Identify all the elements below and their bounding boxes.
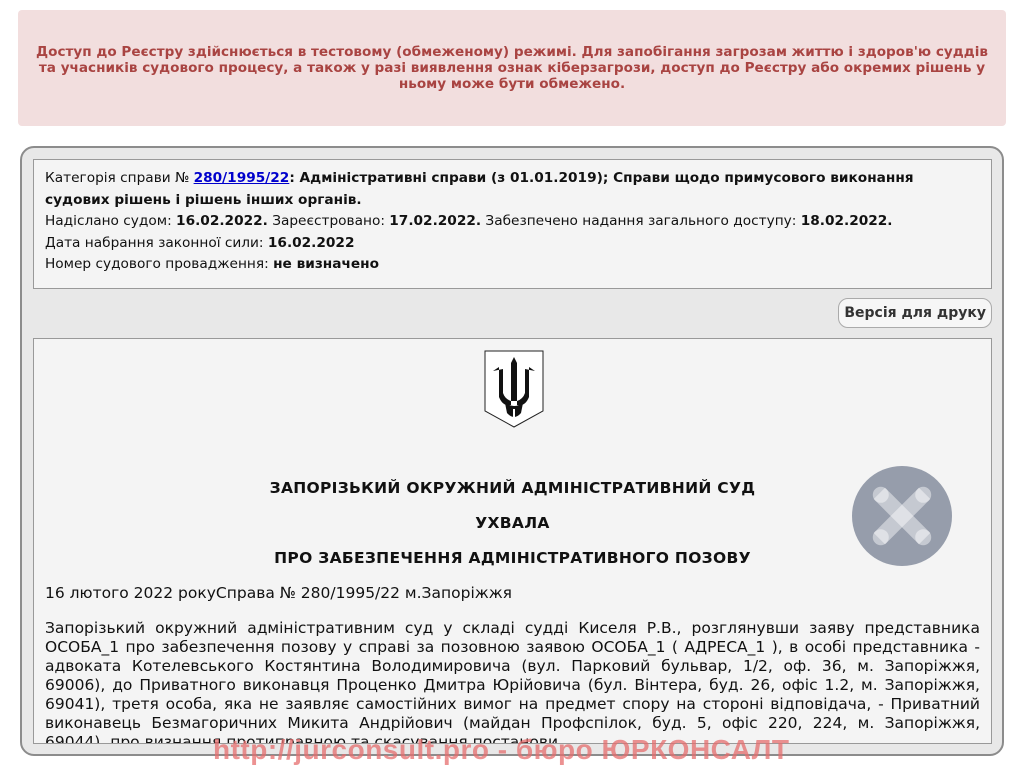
puzzle-logo-icon xyxy=(852,466,952,566)
sent-date: 16.02.2022. xyxy=(176,213,268,229)
dates-line: Надіслано судом: 16.02.2022. Зареєстрова… xyxy=(45,211,980,233)
document-type-heading: УХВАЛА xyxy=(34,514,991,532)
effective-date: 16.02.2022 xyxy=(268,235,355,251)
access-warning-alert: Доступ до Реєстру здійснюється в тестово… xyxy=(18,10,1006,126)
date-and-case-line: 16 лютого 2022 рокуСправа № 280/1995/22 … xyxy=(45,584,512,602)
print-version-button[interactable]: Версія для друку xyxy=(838,298,992,328)
registered-date: 17.02.2022. xyxy=(389,213,481,229)
case-number-link[interactable]: 280/1995/22 xyxy=(194,170,290,186)
decision-body-text: Запорізький окружний адміністративним су… xyxy=(45,619,980,744)
trident-emblem-icon xyxy=(483,349,545,429)
category-line: Категорія справи № 280/1995/22: Адмініст… xyxy=(45,168,980,211)
decision-document: ЗАПОРІЗЬКИЙ ОКРУЖНИЙ АДМІНІСТРАТИВНИЙ СУ… xyxy=(33,338,992,744)
watermark-url: http://jurconsult.pro - бюро ЮРКОНСАЛТ xyxy=(213,734,790,766)
court-name-heading: ЗАПОРІЗЬКИЙ ОКРУЖНИЙ АДМІНІСТРАТИВНИЙ СУ… xyxy=(34,479,991,497)
proceeding-number-line: Номер судового провадження: не визначено xyxy=(45,254,980,276)
case-info-panel: Категорія справи № 280/1995/22: Адмініст… xyxy=(33,159,992,289)
decision-container: Категорія справи № 280/1995/22: Адмініст… xyxy=(20,146,1004,756)
alert-text: Доступ до Реєстру здійснюється в тестово… xyxy=(34,44,990,92)
document-subject-heading: ПРО ЗАБЕЗПЕЧЕННЯ АДМІНІСТРАТИВНОГО ПОЗОВ… xyxy=(34,549,991,567)
public-access-date: 18.02.2022. xyxy=(801,213,893,229)
effective-date-line: Дата набрання законної сили: 16.02.2022 xyxy=(45,233,980,255)
proceeding-number: не визначено xyxy=(273,256,379,272)
